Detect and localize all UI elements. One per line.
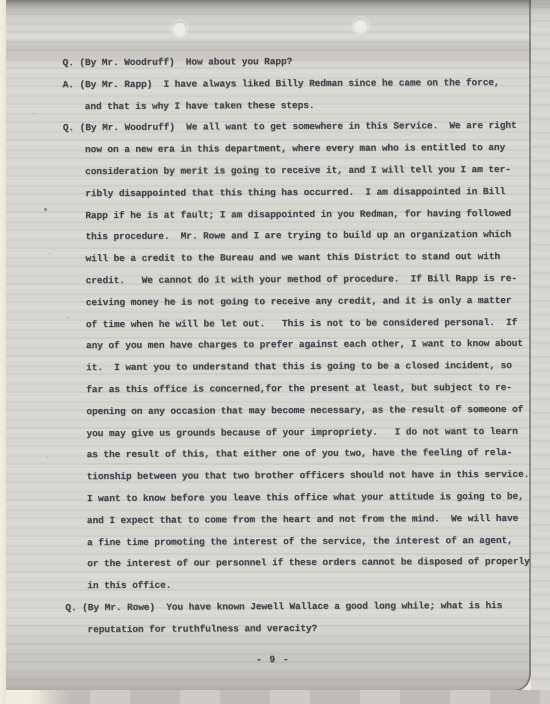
punch-hole-left bbox=[172, 21, 187, 36]
punch-hole-right bbox=[353, 18, 368, 33]
typed-line: will be a credit to the Bureau and we wa… bbox=[63, 246, 533, 270]
typed-line: now on a new era in this department, whe… bbox=[63, 137, 533, 161]
typed-line: opening on any occasion that may become … bbox=[64, 399, 534, 423]
typed-line: as the result of this, that either one o… bbox=[65, 442, 535, 466]
typed-line: any of you men have charges to prefer ag… bbox=[64, 333, 534, 357]
scan-bed-right bbox=[531, 0, 550, 692]
typed-line: I want to know before you leave this off… bbox=[65, 486, 535, 510]
ink-specks bbox=[44, 208, 47, 211]
typed-line: tionship between you that two brother of… bbox=[65, 464, 535, 488]
typed-line: ribly disappointed that this thing has o… bbox=[63, 181, 533, 205]
typed-line: A. (By Mr. Rapp) I have always liked Bil… bbox=[63, 72, 533, 96]
scan-bed-bottom bbox=[0, 690, 550, 704]
typed-line: consideration by merit is going to recei… bbox=[63, 159, 533, 183]
scanned-document: Q. (By Mr. Woodruff) How about you Rapp?… bbox=[0, 0, 550, 704]
typed-line: Q. (By Mr. Woodruff) How about you Rapp? bbox=[62, 50, 532, 74]
typed-line: ceiving money he is not going to receive… bbox=[64, 290, 534, 314]
page-number: - 9 - bbox=[256, 654, 290, 665]
typed-line: of time when he will be let out. This is… bbox=[64, 311, 534, 335]
typed-line: or the interest of our personnel if thes… bbox=[65, 551, 535, 575]
typed-line: and that is why I have taken these steps… bbox=[63, 93, 533, 117]
typed-line: and I expect that to come from the heart… bbox=[65, 508, 535, 532]
typed-line: Rapp if he is at fault; I am disappointe… bbox=[63, 202, 533, 226]
typed-line: this procedure. Mr. Rowe and I are tryin… bbox=[63, 224, 533, 248]
scanned-page: Q. (By Mr. Woodruff) How about you Rapp?… bbox=[4, 0, 531, 692]
typed-lines: Q. (By Mr. Woodruff) How about you Rapp?… bbox=[62, 50, 535, 641]
typed-line: a fine time promoting the interest of th… bbox=[65, 529, 535, 553]
typed-line: Q. (By Mr. Woodruff) We all want to get … bbox=[63, 115, 533, 139]
typed-line: reputation for truthfulness and veracity… bbox=[65, 616, 535, 640]
typed-line: in this office. bbox=[65, 573, 535, 597]
scan-bed-left bbox=[0, 0, 6, 704]
typed-line: far as this office is concerned,for the … bbox=[64, 377, 534, 401]
typed-line: you may give us grounds because of your … bbox=[64, 420, 534, 444]
typed-line: Q. (By Mr. Rowe) You have known Jewell W… bbox=[65, 595, 535, 619]
typed-line: it. I want you to understand that this i… bbox=[64, 355, 534, 379]
typed-line: credit. We cannot do it with your method… bbox=[64, 268, 534, 292]
